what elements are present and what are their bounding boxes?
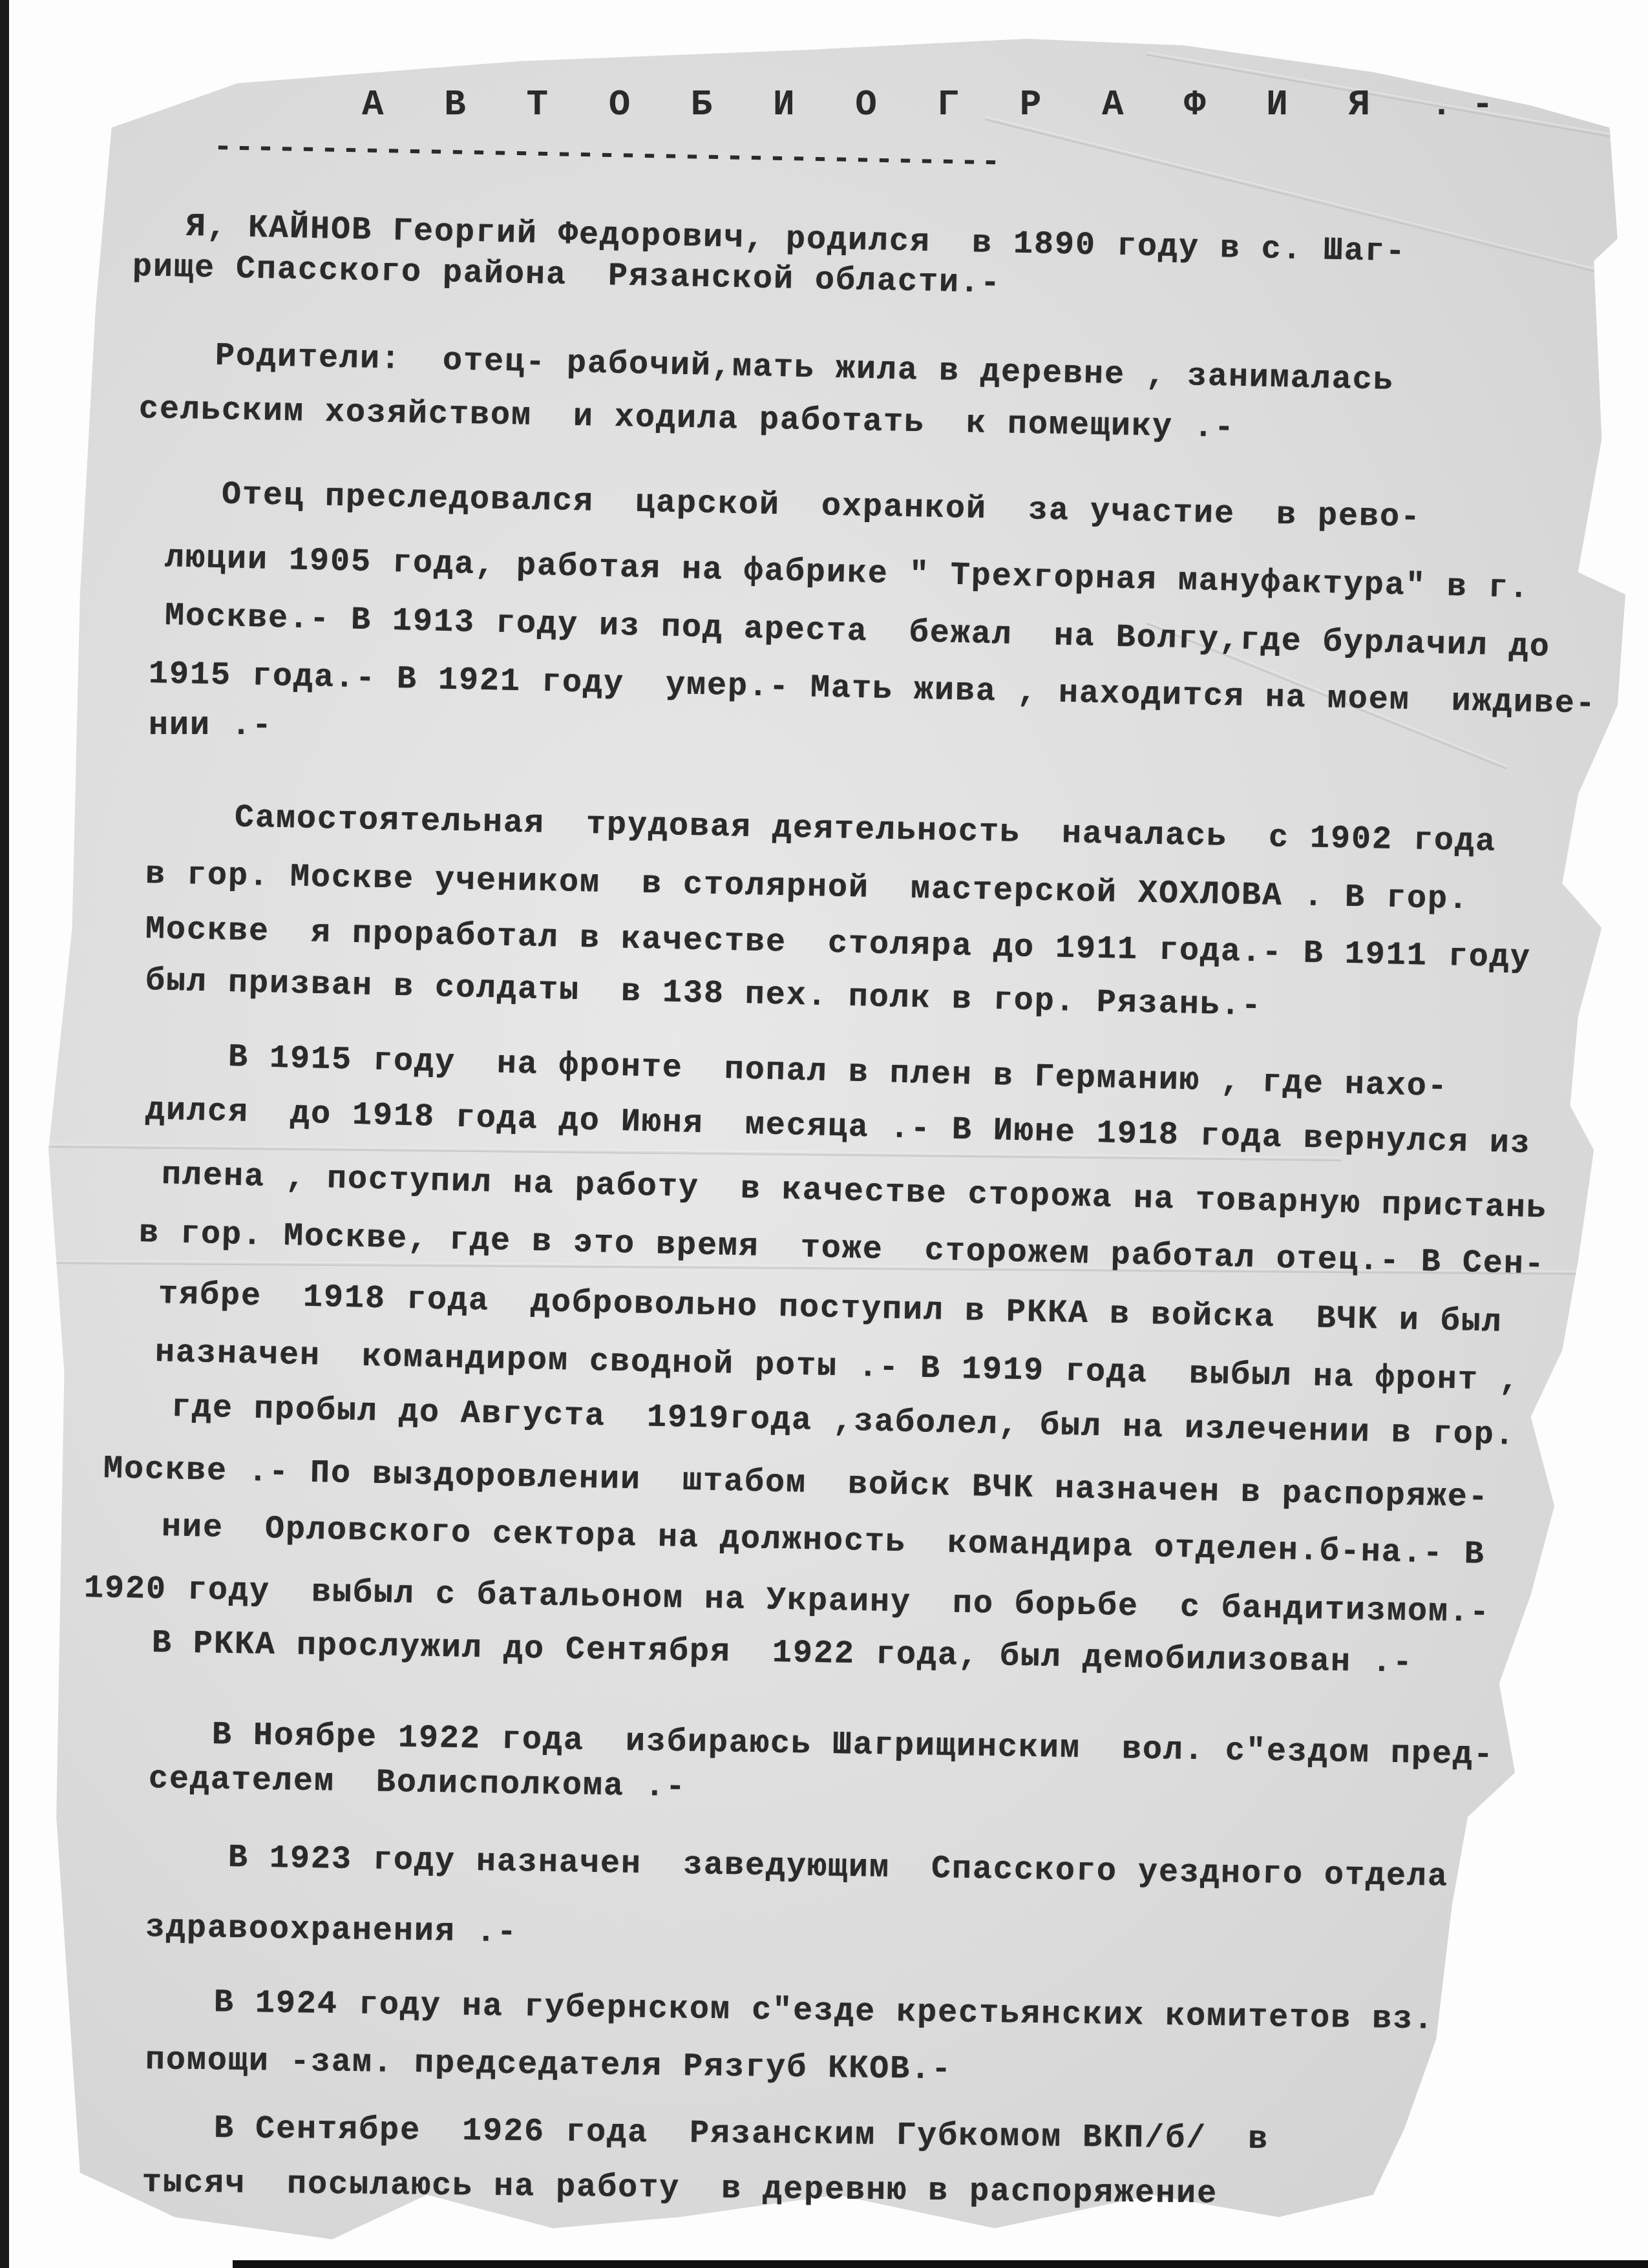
text-line: В 1915 году на фронте попал в плен в Гер… xyxy=(145,1037,1448,1106)
document-title: А В Т О Б И О Г Р А Ф И Я .- xyxy=(362,84,1513,125)
text-line: люции 1905 года, работая на фабрике " Тр… xyxy=(164,540,1530,607)
text-line: В РККА прослужил до Сентября 1922 года, … xyxy=(152,1625,1414,1682)
text-line: Самостоятельная трудовая деятельность на… xyxy=(151,798,1496,861)
text-line: где пробыл до Августа 1919года ,заболел,… xyxy=(171,1389,1516,1454)
document-text: А В Т О Б И О Г Р А Ф И Я .- -----------… xyxy=(0,0,1648,2268)
text-line: сельским хозяйством и ходила работать к … xyxy=(139,391,1236,447)
text-line: Москве .- По выздоровлении штабом войск … xyxy=(103,1451,1489,1517)
text-line: нии .- xyxy=(149,708,273,744)
text-line: плена , поступил на работу в качестве ст… xyxy=(161,1157,1547,1227)
text-line: в гор. Москве учеником в столярной масте… xyxy=(145,856,1469,918)
text-line: В 1923 году назначен заведующим Спасског… xyxy=(145,1838,1449,1896)
text-line: Отец преследовался царской охранкой за у… xyxy=(138,475,1421,536)
text-line: Родители: отец- рабочий,мать жила в дере… xyxy=(132,336,1394,399)
text-line: здравоохранения .- xyxy=(145,1909,518,1951)
text-line: ние Орловского сектора на должность кома… xyxy=(161,1509,1485,1573)
text-line: В Сентябре 1926 года Рязанским Губкомом … xyxy=(152,2110,1269,2158)
text-line: в гор. Москве, где в это время тоже стор… xyxy=(138,1215,1545,1283)
title-underline: ------------------------------------- xyxy=(213,129,1002,181)
text-line: Москве.- В 1913 году из под ареста бежал… xyxy=(164,598,1550,666)
text-line: В 1924 году на губернском с"езде крестья… xyxy=(152,1984,1435,2039)
text-line: тысяч посылаюсь на работу в деревню в ра… xyxy=(142,2165,1218,2212)
text-line: назначен командиром сводной роты .- В 19… xyxy=(154,1334,1520,1400)
text-line: тябре 1918 года добровольно поступил в Р… xyxy=(158,1276,1503,1341)
text-line: помощи -зам. председателя Рязгуб ККОВ.- xyxy=(145,2042,953,2088)
text-line: 1920 году выбыл с батальоном на Украину … xyxy=(84,1570,1491,1632)
text-line: был призван в солдаты в 138 пех. полк в … xyxy=(145,963,1262,1025)
text-line: седателем Волисполкома .- xyxy=(149,1761,687,1806)
text-line: 1915 года.- В 1921 году умер.- Мать жива… xyxy=(148,656,1596,723)
